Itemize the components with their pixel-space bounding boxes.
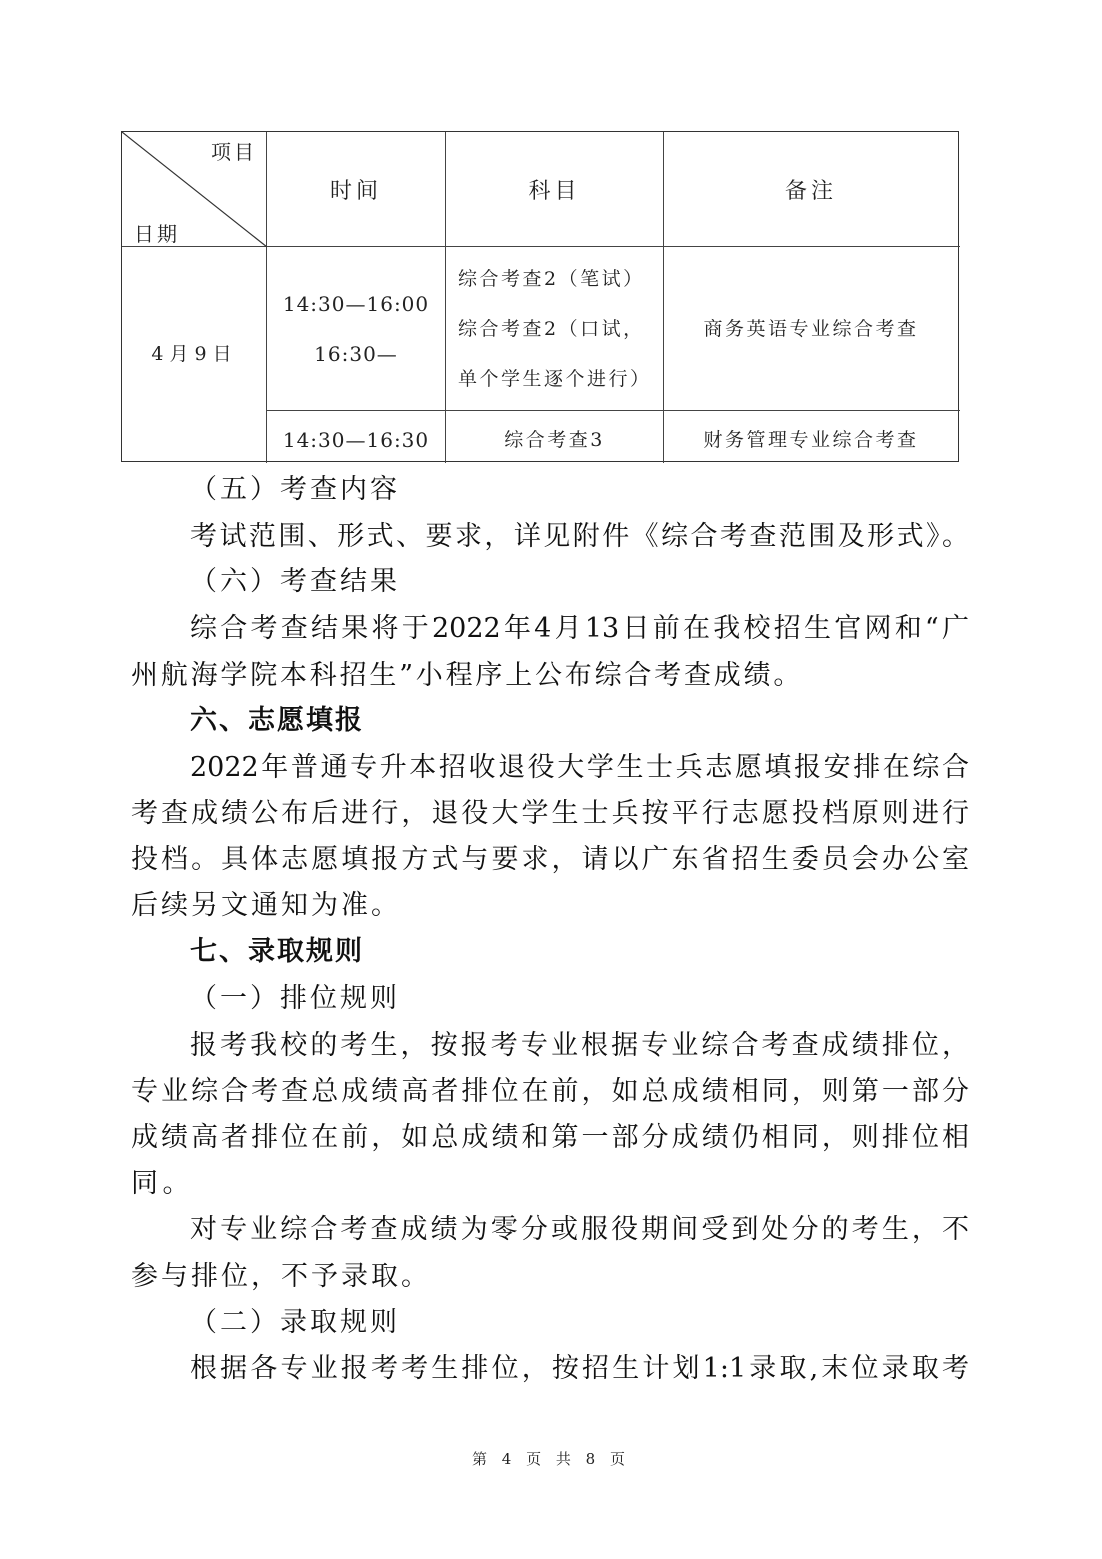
subsection-heading-7-2: （二）录取规则 [190,1306,400,1340]
corner-label-date: 日期 [134,218,180,247]
time-value: 16:30— [314,329,398,379]
table-row-1-time: 14:30—16:00 16:30— [267,247,445,410]
corner-label-item: 项目 [211,136,257,165]
header-label: 备注 [785,174,837,205]
paragraph-line: 参与排位，不予录取。 [131,1260,431,1294]
paragraph-line: 专业综合考查总成绩高者排位在前，如总成绩相同，则第一部分 [131,1075,969,1109]
paragraph-line: 后续另文通知为准。 [131,889,401,923]
paragraph-line: 2022年普通专升本招收退役大学生士兵志愿填报安排在综合 [190,751,969,785]
subsection-heading-6: （六）考查结果 [190,565,400,599]
table-row-2-subject: 综合考查3 [446,411,663,461]
note-value: 商务英语专业综合考查 [703,304,918,354]
date-value: 4月9日 [151,329,237,379]
section-heading-6: 六、志愿填报 [190,704,364,738]
paragraph-line: 考查成绩公布后进行，退役大学生士兵按平行志愿投档原则进行 [131,797,969,831]
paragraph-line: 报考我校的考生，按报考专业根据专业综合考查成绩排位， [190,1029,969,1063]
section-heading-7: 七、录取规则 [190,935,364,969]
time-value: 14:30—16:30 [283,417,429,455]
subject-value: 综合考查3 [504,417,605,455]
header-note: 备注 [664,132,958,247]
paragraph-line: 综合考查结果将于2022年4月13日前在我校招生官网和“广 [190,612,969,646]
note-value: 财务管理专业综合考查 [703,417,918,455]
date-cell: 4月9日 [122,247,267,461]
document-page: 项目 日期 时间 科目 备注 4月9日 14:30—16:00 16:30— 综… [0,0,1102,1559]
corner-header-cell: 项目 日期 [122,132,267,247]
paragraph-line: 州航海学院本科招生”小程序上公布综合考查成绩。 [131,659,803,693]
table-row-2-time: 14:30—16:30 [267,411,445,461]
subject-value: 综合考查2（笔试） [458,254,645,304]
exam-schedule-table: 项目 日期 时间 科目 备注 4月9日 14:30—16:00 16:30— 综… [121,131,959,462]
subject-value: 综合考查2（口试， [458,304,645,354]
header-label: 时间 [330,174,382,205]
page-number: 第 4 页 共 8 页 [0,1448,1102,1469]
paragraph-line: 投档。具体志愿填报方式与要求，请以广东省招生委员会办公室 [131,843,969,877]
time-value: 14:30—16:00 [283,279,429,329]
header-label: 科目 [528,174,580,205]
paragraph-line: 根据各专业报考考生排位，按招生计划1:1录取,末位录取考 [190,1352,969,1386]
paragraph-line: 成绩高者排位在前，如总成绩和第一部分成绩仍相同，则排位相 [131,1121,969,1155]
paragraph-line: 对专业综合考查成绩为零分或服役期间受到处分的考生，不 [190,1213,969,1247]
subsection-heading-7-1: （一）排位规则 [190,982,400,1016]
subsection-heading-5: （五）考查内容 [190,473,400,507]
subject-value: 单个学生逐个进行） [458,354,652,404]
table-row-1-subject: 综合考查2（笔试） 综合考查2（口试， 单个学生逐个进行） [446,247,663,410]
paragraph-line: 同。 [131,1167,194,1201]
header-subject: 科目 [446,132,663,247]
table-row-1-note: 商务英语专业综合考查 [664,247,958,410]
table-row-2-note: 财务管理专业综合考查 [664,411,958,461]
header-time: 时间 [267,132,445,247]
paragraph-line: 考试范围、形式、要求，详见附件《综合考查范围及形式》。 [190,520,969,554]
